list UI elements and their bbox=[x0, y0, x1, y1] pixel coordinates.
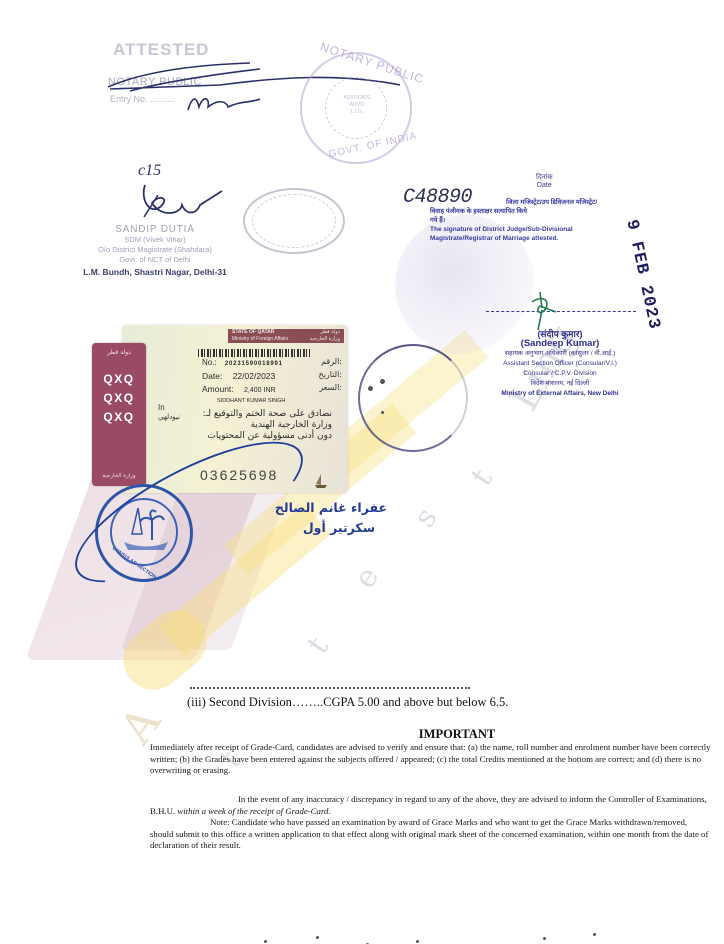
notary-seal-line: L.I.G. bbox=[333, 109, 381, 116]
important-paragraph-1: Immediately after receipt of Grade-Card,… bbox=[150, 742, 712, 777]
mea-line: The signature of District Judge/Sub-Divi… bbox=[430, 225, 635, 234]
dhow-boat-icon bbox=[314, 473, 328, 489]
watermark-letter: t bbox=[464, 463, 500, 493]
sticker-date: Date: 22/02/2023 bbox=[202, 371, 275, 381]
sdm-govt: Govt. of NCT of Delhi bbox=[60, 255, 250, 265]
sticker-state-ar: دولة قطر bbox=[310, 329, 340, 336]
qxq-card-footer: وزارة الخارجية bbox=[92, 473, 146, 479]
sdm-designation: SDM (Vivek Vihar) bbox=[60, 235, 250, 245]
sticker-date-label-ar: التاريخ: bbox=[319, 370, 342, 379]
mea-officer-line: विदेश मंत्रालय, नई दिल्ली bbox=[460, 379, 660, 389]
sdm-office: O/o District Magistrate (Shahdara) bbox=[60, 245, 250, 255]
scan-speck bbox=[264, 940, 267, 943]
sticker-date-label: Date: bbox=[202, 371, 222, 381]
mea-line: जिला मजिस्ट्रेट/उप डिविजनल मजिस्ट्रेट/ bbox=[430, 198, 635, 207]
mea-officer-line: सहायक अनुभाग अधिकारी (कांसुलर / वी.आई.) bbox=[460, 349, 660, 359]
qatar-security-card: دولة قطر QXQ QXQ QXQ وزارة الخارجية bbox=[92, 343, 146, 486]
mea-date-label-hindi: दिनांक bbox=[536, 174, 553, 182]
scan-speck bbox=[543, 937, 546, 940]
sticker-city-ar: نيودلهي bbox=[158, 413, 180, 421]
sticker-header: STATE OF QATAR Ministry of Foreign Affai… bbox=[228, 329, 344, 343]
sticker-header-en: STATE OF QATAR Ministry of Foreign Affai… bbox=[232, 329, 288, 343]
sdm-name: SANDIP DUTIA bbox=[60, 225, 250, 235]
scan-speck bbox=[316, 936, 319, 939]
qxq-card-row: QXQ bbox=[92, 374, 146, 384]
barcode bbox=[198, 349, 310, 357]
qxq-card-row: QXQ bbox=[92, 393, 146, 403]
sticker-in-label: In bbox=[158, 403, 165, 412]
sticker-ministry-label: Ministry of Foreign Affairs bbox=[232, 336, 288, 343]
mea-date-label-english: Date bbox=[536, 182, 553, 190]
notary-seal-line: ADVOCATE bbox=[333, 95, 381, 102]
sdm-signature-icon: c15 bbox=[130, 155, 230, 230]
sticker-header-ar: دولة قطر وزارة الخارجية bbox=[310, 329, 340, 343]
mea-date-stamp: 9 FEB 2023 bbox=[621, 218, 663, 332]
mea-officer-line: Ministry of External Affairs, New Delhi bbox=[460, 389, 660, 399]
mea-officer-line: Consular / C.P.V. Division bbox=[460, 369, 660, 379]
ink-dot bbox=[368, 386, 373, 391]
mea-officer-stamp: (संदीप कुमार) (Sandeep Kumar) सहायक अनुभ… bbox=[460, 329, 660, 399]
mea-line: गये हैं। bbox=[430, 216, 635, 225]
sticker-arabic-line: وزارة الخارجية الهندية bbox=[182, 420, 332, 431]
sdm-address: L.M. Bundh, Shastri Nagar, Delhi-31 bbox=[60, 267, 250, 277]
svg-text:c15: c15 bbox=[138, 162, 161, 179]
important-heading: IMPORTANT bbox=[0, 727, 724, 742]
sdm-stamp: SANDIP DUTIA SDM (Vivek Vihar) O/o Distr… bbox=[60, 225, 250, 277]
mea-line: विवाह पंजीयक के हस्ताक्षर सत्यापित किये bbox=[430, 207, 635, 216]
inaccuracy-notice-deadline: within a week of the receipt of Grade-Ca… bbox=[177, 806, 330, 816]
notary-seal-line: ADVO bbox=[333, 102, 381, 109]
secretary-title: سكرتير أول bbox=[252, 518, 387, 538]
mea-attestation-text: जिला मजिस्ट्रेट/उप डिविजनल मजिस्ट्रेट/ व… bbox=[430, 198, 635, 243]
inaccuracy-notice: In the event of any inaccuracy / discrep… bbox=[150, 794, 712, 817]
sticker-number-label-ar: الرقم: bbox=[321, 357, 342, 366]
sticker-number: No.: 20231590018991 bbox=[202, 358, 283, 367]
round-ink-stamp bbox=[358, 344, 468, 452]
sticker-holder-name: SIDDHANT KUMAR SINGH bbox=[217, 398, 285, 404]
qxq-card-header: دولة قطر bbox=[92, 349, 146, 356]
ink-dot bbox=[381, 411, 384, 414]
sticker-arabic-statement: نصادق على صحة الختم والتوقيع لـ: وزارة ا… bbox=[182, 409, 332, 442]
sticker-amount-label-ar: السعر: bbox=[319, 383, 342, 392]
sticker-number-label: No.: bbox=[202, 358, 217, 367]
watermark-letter: e bbox=[347, 560, 386, 595]
sticker-amount: Amount: 2,400 INR bbox=[202, 384, 276, 394]
mea-line: Magistrate/Registrar of Marriage atteste… bbox=[430, 234, 635, 243]
mea-date-label: दिनांक Date bbox=[536, 174, 553, 190]
secretary-name: عفراء غانم الصالح bbox=[252, 498, 387, 518]
division-criteria: (iii) Second Division……..CGPA 5.00 and a… bbox=[187, 695, 508, 710]
secretary-signature-block: عفراء غانم الصالح سكرتير أول bbox=[252, 498, 387, 538]
watermark-letter: t bbox=[300, 631, 336, 661]
sticker-state-label: STATE OF QATAR bbox=[232, 329, 288, 336]
grace-marks-note: Note: Candidate who have passed an exami… bbox=[150, 817, 712, 852]
watermark-letter: s bbox=[407, 501, 445, 534]
sdm-round-seal-inner bbox=[252, 194, 336, 248]
sticker-date-value: 22/02/2023 bbox=[233, 371, 276, 381]
sticker-amount-value: 2,400 INR bbox=[244, 387, 276, 394]
scan-speck bbox=[593, 933, 596, 936]
scan-speck bbox=[416, 940, 419, 943]
mea-officer-line: Assistant Section Officer (Consular/V.I.… bbox=[460, 359, 660, 369]
sticker-arabic-line: دون أدنى مسؤولية عن المحتويات bbox=[182, 431, 332, 442]
sticker-ministry-ar: وزارة الخارجية bbox=[310, 336, 340, 343]
cut-off-previous-line bbox=[190, 687, 470, 689]
notary-seal-center: ADVOCATE ADVO L.I.G. bbox=[333, 95, 381, 116]
sticker-amount-label: Amount: bbox=[202, 384, 234, 394]
qxq-card-row: QXQ bbox=[92, 412, 146, 422]
ink-dot bbox=[380, 379, 385, 384]
sticker-number-value: 20231590018991 bbox=[225, 361, 283, 367]
important-paragraph-2: In the event of any inaccuracy / discrep… bbox=[150, 794, 712, 852]
mea-officer-name: (Sandeep Kumar) bbox=[460, 339, 660, 349]
sticker-arabic-line: نصادق على صحة الختم والتوقيع لـ: bbox=[182, 409, 332, 420]
